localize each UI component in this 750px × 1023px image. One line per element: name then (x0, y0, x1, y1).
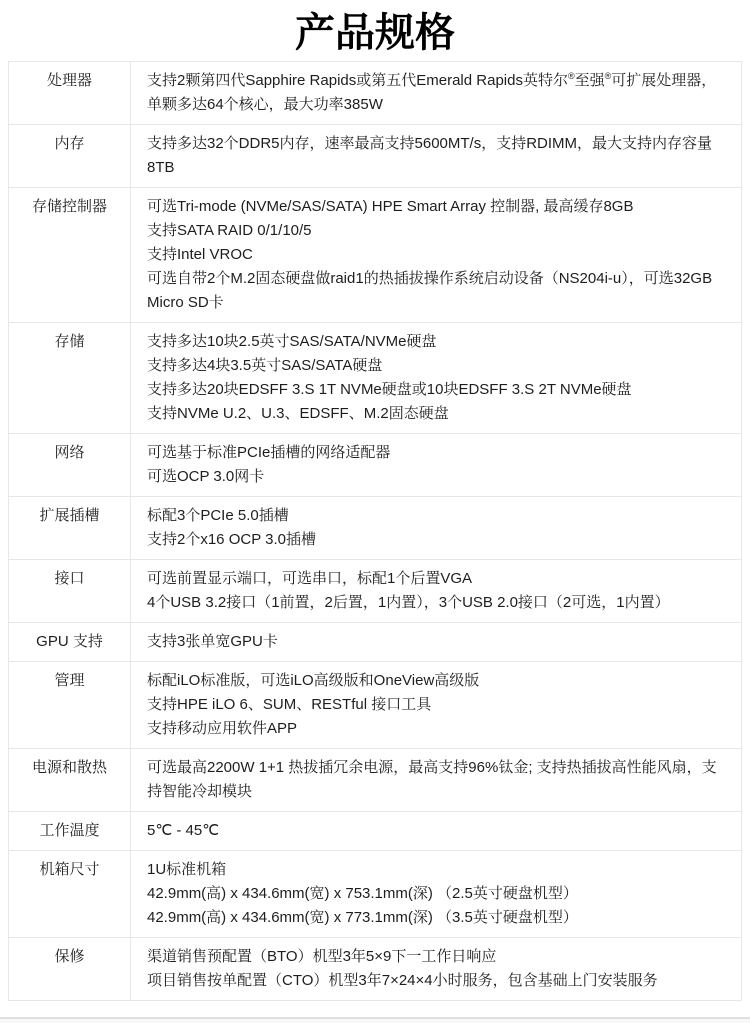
spec-line: 支持2颗第四代Sapphire Rapids或第五代Emerald Rapids… (147, 69, 725, 117)
spec-line: 支持多达4块3.5英寸SAS/SATA硬盘 (147, 354, 725, 378)
spec-value: 标配3个PCIe 5.0插槽支持2个x16 OCP 3.0插槽 (131, 497, 742, 560)
spec-label: 扩展插槽 (9, 497, 131, 560)
spec-line: 支持NVMe U.2、U.3、EDSFF、M.2固态硬盘 (147, 402, 725, 426)
spec-label: 管理 (9, 662, 131, 749)
table-row: 保修渠道销售预配置（BTO）机型3年5×9下一工作日响应项目销售按单配置（CTO… (9, 938, 742, 1001)
spec-line: 支持3张单宽GPU卡 (147, 630, 725, 654)
spec-value: 可选前置显示端口，可选串口，标配1个后置VGA4个USB 3.2接口（1前置，2… (131, 560, 742, 623)
table-row: 存储支持多达10块2.5英寸SAS/SATA/NVMe硬盘支持多达4块3.5英寸… (9, 323, 742, 434)
spec-label: 保修 (9, 938, 131, 1001)
table-row: 内存支持多达32个DDR5内存，速率最高支持5600MT/s，支持RDIMM，最… (9, 125, 742, 188)
spec-label: 存储 (9, 323, 131, 434)
spec-value: 支持多达10块2.5英寸SAS/SATA/NVMe硬盘支持多达4块3.5英寸SA… (131, 323, 742, 434)
spec-value: 支持多达32个DDR5内存，速率最高支持5600MT/s，支持RDIMM，最大支… (131, 125, 742, 188)
spec-value: 1U标准机箱42.9mm(高) x 434.6mm(宽) x 753.1mm(深… (131, 851, 742, 938)
spec-line: 4个USB 3.2接口（1前置，2后置，1内置），3个USB 2.0接口（2可选… (147, 591, 725, 615)
spec-line: 42.9mm(高) x 434.6mm(宽) x 753.1mm(深) （2.5… (147, 882, 725, 906)
registered-trademark-symbol: ® (605, 71, 612, 81)
table-row: 存储控制器可选Tri-mode (NVMe/SAS/SATA) HPE Smar… (9, 188, 742, 323)
spec-line: 可选Tri-mode (NVMe/SAS/SATA) HPE Smart Arr… (147, 195, 725, 219)
spec-line: 标配3个PCIe 5.0插槽 (147, 504, 725, 528)
table-row: GPU 支持支持3张单宽GPU卡 (9, 623, 742, 662)
spec-value: 标配iLO标准版，可选iLO高级版和OneView高级版支持HPE iLO 6、… (131, 662, 742, 749)
bottom-divider (0, 1017, 750, 1023)
spec-line: 支持移动应用软件APP (147, 717, 725, 741)
spec-line: 可选OCP 3.0网卡 (147, 465, 725, 489)
spec-line: 支持HPE iLO 6、SUM、RESTful 接口工具 (147, 693, 725, 717)
spec-line: 可选最高2200W 1+1 热拔插冗余电源，最高支持96%钛金; 支持热插拔高性… (147, 756, 725, 804)
spec-line: 可选自带2个M.2固态硬盘做raid1的热插拔操作系统启动设备（NS204i-u… (147, 267, 725, 315)
spec-line: 支持多达20块EDSFF 3.S 1T NVMe硬盘或10块EDSFF 3.S … (147, 378, 725, 402)
spec-table-body: 处理器支持2颗第四代Sapphire Rapids或第五代Emerald Rap… (9, 62, 742, 1001)
spec-value: 可选最高2200W 1+1 热拔插冗余电源，最高支持96%钛金; 支持热插拔高性… (131, 749, 742, 812)
spec-line: 支持2个x16 OCP 3.0插槽 (147, 528, 725, 552)
spec-table: 处理器支持2颗第四代Sapphire Rapids或第五代Emerald Rap… (8, 61, 742, 1001)
table-row: 工作温度5℃ - 45℃ (9, 812, 742, 851)
spec-label: 处理器 (9, 62, 131, 125)
table-row: 电源和散热可选最高2200W 1+1 热拔插冗余电源，最高支持96%钛金; 支持… (9, 749, 742, 812)
table-row: 扩展插槽标配3个PCIe 5.0插槽支持2个x16 OCP 3.0插槽 (9, 497, 742, 560)
spec-value: 支持2颗第四代Sapphire Rapids或第五代Emerald Rapids… (131, 62, 742, 125)
table-row: 机箱尺寸1U标准机箱42.9mm(高) x 434.6mm(宽) x 753.1… (9, 851, 742, 938)
spec-line: 5℃ - 45℃ (147, 819, 725, 843)
spec-value: 可选Tri-mode (NVMe/SAS/SATA) HPE Smart Arr… (131, 188, 742, 323)
spec-line: 支持SATA RAID 0/1/10/5 (147, 219, 725, 243)
spec-line: 标配iLO标准版，可选iLO高级版和OneView高级版 (147, 669, 725, 693)
spec-line: 支持Intel VROC (147, 243, 725, 267)
spec-label: GPU 支持 (9, 623, 131, 662)
table-row: 处理器支持2颗第四代Sapphire Rapids或第五代Emerald Rap… (9, 62, 742, 125)
spec-value: 支持3张单宽GPU卡 (131, 623, 742, 662)
page-title: 产品规格 (0, 0, 750, 61)
spec-line: 支持多达32个DDR5内存，速率最高支持5600MT/s，支持RDIMM，最大支… (147, 132, 725, 180)
spec-label: 机箱尺寸 (9, 851, 131, 938)
table-row: 管理标配iLO标准版，可选iLO高级版和OneView高级版支持HPE iLO … (9, 662, 742, 749)
spec-line: 1U标准机箱 (147, 858, 725, 882)
spec-line: 项目销售按单配置（CTO）机型3年7×24×4小时服务，包含基础上门安装服务 (147, 969, 725, 993)
registered-trademark-symbol: ® (568, 71, 575, 81)
spec-label: 存储控制器 (9, 188, 131, 323)
spec-line: 42.9mm(高) x 434.6mm(宽) x 773.1mm(深) （3.5… (147, 906, 725, 930)
spec-label: 接口 (9, 560, 131, 623)
spec-line: 可选前置显示端口，可选串口，标配1个后置VGA (147, 567, 725, 591)
spec-label: 网络 (9, 434, 131, 497)
table-row: 网络可选基于标准PCIe插槽的网络适配器可选OCP 3.0网卡 (9, 434, 742, 497)
spec-label: 内存 (9, 125, 131, 188)
spec-label: 电源和散热 (9, 749, 131, 812)
spec-value: 渠道销售预配置（BTO）机型3年5×9下一工作日响应项目销售按单配置（CTO）机… (131, 938, 742, 1001)
spec-value: 5℃ - 45℃ (131, 812, 742, 851)
spec-label: 工作温度 (9, 812, 131, 851)
spec-value: 可选基于标准PCIe插槽的网络适配器可选OCP 3.0网卡 (131, 434, 742, 497)
spec-line: 渠道销售预配置（BTO）机型3年5×9下一工作日响应 (147, 945, 725, 969)
spec-line: 支持多达10块2.5英寸SAS/SATA/NVMe硬盘 (147, 330, 725, 354)
table-row: 接口可选前置显示端口，可选串口，标配1个后置VGA4个USB 3.2接口（1前置… (9, 560, 742, 623)
spec-line: 可选基于标准PCIe插槽的网络适配器 (147, 441, 725, 465)
